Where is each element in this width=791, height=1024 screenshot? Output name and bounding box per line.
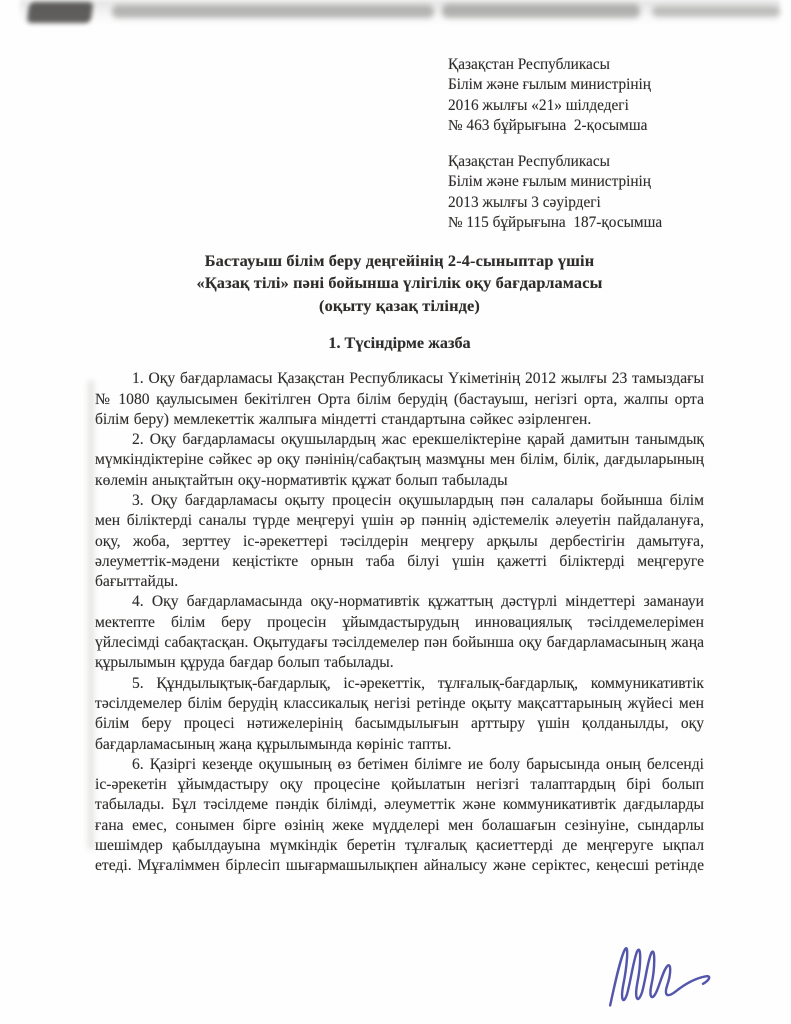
appendix-line: 2016 жылғы «21» шілдедегі (448, 96, 651, 116)
appendix-line: № 115 бұйрығына 187-қосымша (448, 213, 662, 233)
document-body: Бастауыш білім беру деңгейінің 2-4-сынып… (95, 250, 704, 877)
appendix-block-2013: Қазақстан Республикасы Білім және ғылым … (448, 152, 662, 234)
scan-artifact-fold-shadow (88, 380, 94, 850)
scanned-document-page: Қазақстан Республикасы Білім және ғылым … (0, 0, 791, 1024)
paragraph-4: 4. Оқу бағдарламасында оқу-нормативтік қ… (95, 592, 704, 673)
paragraph-3: 3. Оқу бағдарламасы оқыту процесін оқушы… (95, 491, 704, 592)
appendix-line: Қазақстан Республикасы (448, 152, 662, 172)
scan-artifact-streak (112, 5, 434, 18)
paragraph-6: 6. Қазіргі кезеңде оқушының өз бетімен б… (95, 755, 704, 877)
paragraph-list: 1. Оқу бағдарламасы Қазақстан Республика… (95, 369, 704, 876)
document-title-line: (оқыту қазақ тілінде) (95, 295, 704, 317)
document-title-line: «Қазақ тілі» пәні бойынша үлігілік оқу б… (95, 272, 704, 294)
appendix-line: № 463 бұйрығына 2-қосымша (448, 116, 651, 136)
paragraph-5: 5. Құндылықтық-бағдарлық, іс-әрекеттік, … (95, 674, 704, 755)
section-heading: 1. Түсіндірме жазба (95, 334, 704, 353)
appendix-block-2016: Қазақстан Республикасы Білім және ғылым … (448, 55, 651, 137)
scan-artifact-blob (27, 2, 94, 23)
appendix-line: Білім және ғылым министрінің (448, 75, 651, 95)
appendix-line: Қазақстан Республикасы (448, 55, 651, 75)
scan-artifact-streak (652, 6, 780, 17)
paragraph-1: 1. Оқу бағдарламасы Қазақстан Республика… (95, 369, 704, 430)
appendix-line: Білім және ғылым министрінің (448, 172, 662, 192)
appendix-line: 2013 жылғы 3 сәуірдегі (448, 193, 662, 213)
scan-artifact-streak (442, 4, 640, 18)
document-title: Бастауыш білім беру деңгейінің 2-4-сынып… (95, 250, 704, 317)
document-title-line: Бастауыш білім беру деңгейінің 2-4-сынып… (95, 250, 704, 272)
paragraph-2: 2. Оқу бағдарламасы оқушылардың жас ерек… (95, 430, 704, 491)
handwritten-signature-icon (597, 941, 719, 1021)
